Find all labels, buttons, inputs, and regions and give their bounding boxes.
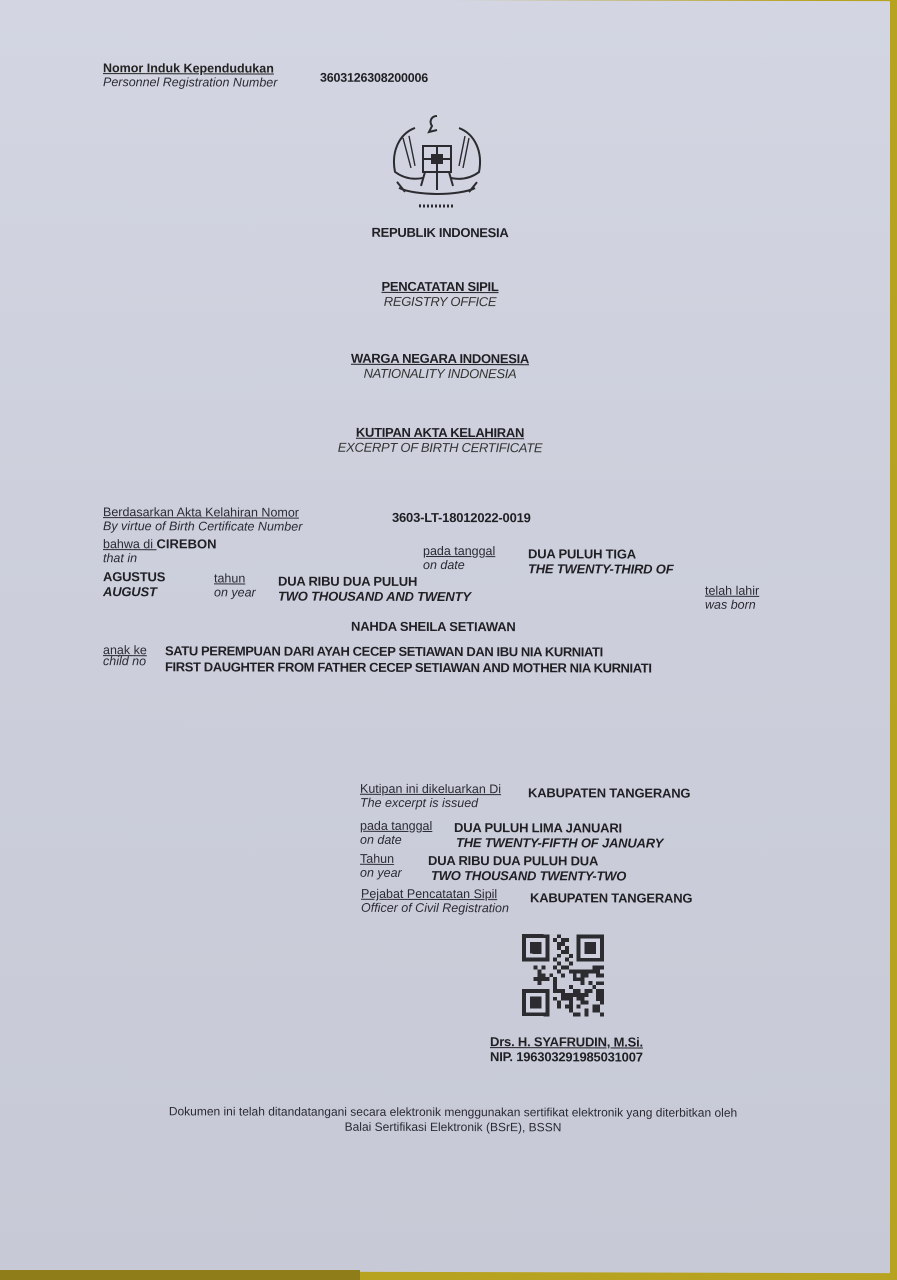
birth-year-label: tahun on year	[214, 571, 256, 599]
nationality-heading: WARGA NEGARA INDONESIA NATIONALITY INDON…	[0, 350, 880, 382]
issued-date-label-id: pada tanggal	[360, 819, 432, 833]
signatory-nip: NIP. 196303291985031007	[490, 1049, 643, 1064]
signatory: Drs. H. SYAFRUDIN, M.Si. NIP. 1963032919…	[490, 1034, 643, 1064]
child-order-value: SATU PEREMPUAN DARI AYAH CECEP SETIAWAN …	[165, 643, 652, 675]
birth-date-value-id: DUA PULUH TIGA	[528, 546, 673, 561]
nik-label: Nomor Induk Kependudukan Personnel Regis…	[103, 61, 277, 89]
born-label-en: was born	[705, 598, 759, 612]
place-value: CIREBON	[157, 537, 217, 551]
issued-year-value-en: TWO THOUSAND TWENTY-TWO	[431, 868, 626, 884]
certificate-number-label: Berdasarkan Akta Kelahiran Nomor By virt…	[103, 505, 302, 534]
issued-date-label: pada tanggal on date	[360, 819, 432, 847]
born-label: telah lahir was born	[705, 584, 759, 612]
birth-date-label-id: pada tanggal	[423, 544, 495, 558]
issued-place-label-id: Kutipan ini dikeluarkan Di	[360, 782, 501, 796]
issued-year-label: Tahun on year	[360, 852, 402, 880]
birth-date-label-en: on date	[423, 558, 495, 572]
birth-year-value-id: DUA RIBU DUA PULUH	[278, 574, 471, 590]
issued-year-label-en: on year	[360, 866, 402, 880]
electronic-signature-note: Dokumen ini telah ditandatangani secara …	[8, 1104, 897, 1136]
office-en: REGISTRY OFFICE	[0, 293, 880, 310]
country-heading: REPUBLIK INDONESIA	[0, 223, 880, 243]
officer-value: KABUPATEN TANGERANG	[530, 890, 692, 905]
office-heading: PENCATATAN SIPIL REGISTRY OFFICE	[0, 278, 880, 310]
place-label-id: bahwa di CIREBON	[103, 537, 216, 551]
qr-code-icon	[522, 932, 604, 1018]
birth-month-value-en: AUGUST	[103, 584, 165, 599]
table-surface	[0, 1270, 360, 1280]
birth-date-value-en: THE TWENTY-THIRD OF	[528, 561, 673, 576]
issued-place-label: Kutipan ini dikeluarkan Di The excerpt i…	[360, 782, 501, 810]
issued-date-value: DUA PULUH LIMA JANUARI THE TWENTY-FIFTH …	[454, 820, 663, 851]
title-en: EXCERPT OF BIRTH CERTIFICATE	[0, 439, 880, 456]
officer-label-id: Pejabat Pencatatan Sipil	[361, 887, 509, 901]
certificate-paper: Nomor Induk Kependudukan Personnel Regis…	[0, 0, 890, 1273]
child-order-label-en: child no	[103, 654, 147, 668]
birth-year-label-id: tahun	[214, 571, 256, 585]
birth-year-value-en: TWO THOUSAND AND TWENTY	[278, 589, 471, 605]
garuda-emblem-icon	[385, 108, 489, 218]
place-label: bahwa di CIREBON that in	[103, 537, 216, 565]
signatory-name: Drs. H. SYAFRUDIN, M.Si.	[490, 1034, 643, 1049]
officer-label-en: Officer of Civil Registration	[361, 901, 509, 915]
issued-place-value: KABUPATEN TANGERANG	[528, 785, 690, 800]
birth-month-value-id: AGUSTUS	[103, 569, 165, 584]
issued-date-label-en: on date	[360, 833, 432, 847]
nationality-en: NATIONALITY INDONESIA	[0, 365, 880, 382]
certificate-number-label-en: By virtue of Birth Certificate Number	[103, 519, 302, 534]
birth-month-value: AGUSTUS AUGUST	[103, 569, 165, 599]
officer-label: Pejabat Pencatatan Sipil Officer of Civi…	[361, 887, 509, 915]
place-label-en: that in	[103, 551, 216, 565]
born-label-id: telah lahir	[705, 584, 759, 598]
child-order-value-en: FIRST DAUGHTER FROM FATHER CECEP SETIAWA…	[165, 659, 652, 675]
birth-year-label-en: on year	[214, 585, 256, 599]
nik-label-en: Personnel Registration Number	[103, 75, 277, 89]
nik-label-id: Nomor Induk Kependudukan	[103, 61, 277, 75]
country-name: REPUBLIK INDONESIA	[372, 225, 509, 240]
issued-place-label-en: The excerpt is issued	[360, 796, 501, 810]
birth-date-value: DUA PULUH TIGA THE TWENTY-THIRD OF	[528, 546, 673, 576]
child-order-label: anak ke child no	[103, 643, 147, 668]
child-name: NAHDA SHEILA SETIAWAN	[351, 619, 516, 634]
certificate-number-label-id: Berdasarkan Akta Kelahiran Nomor	[103, 505, 302, 520]
issued-date-value-id: DUA PULUH LIMA JANUARI	[454, 820, 663, 836]
child-order-value-id: SATU PEREMPUAN DARI AYAH CECEP SETIAWAN …	[165, 643, 652, 659]
issued-year-value: DUA RIBU DUA PULUH DUA TWO THOUSAND TWEN…	[428, 853, 626, 884]
nik-value: 3603126308200006	[320, 71, 428, 86]
title-heading: KUTIPAN AKTA KELAHIRAN EXCERPT OF BIRTH …	[0, 424, 880, 456]
electronic-signature-note-line2: Balai Sertifikasi Elektronik (BSrE), BSS…	[8, 1119, 897, 1136]
certificate-number-value: 3603-LT-18012022-0019	[392, 510, 531, 525]
issued-date-value-en: THE TWENTY-FIFTH OF JANUARY	[456, 835, 663, 851]
birth-date-label: pada tanggal on date	[423, 544, 495, 572]
issued-year-label-id: Tahun	[360, 852, 402, 866]
birth-year-value: DUA RIBU DUA PULUH TWO THOUSAND AND TWEN…	[278, 574, 471, 605]
issued-year-value-id: DUA RIBU DUA PULUH DUA	[428, 853, 626, 869]
